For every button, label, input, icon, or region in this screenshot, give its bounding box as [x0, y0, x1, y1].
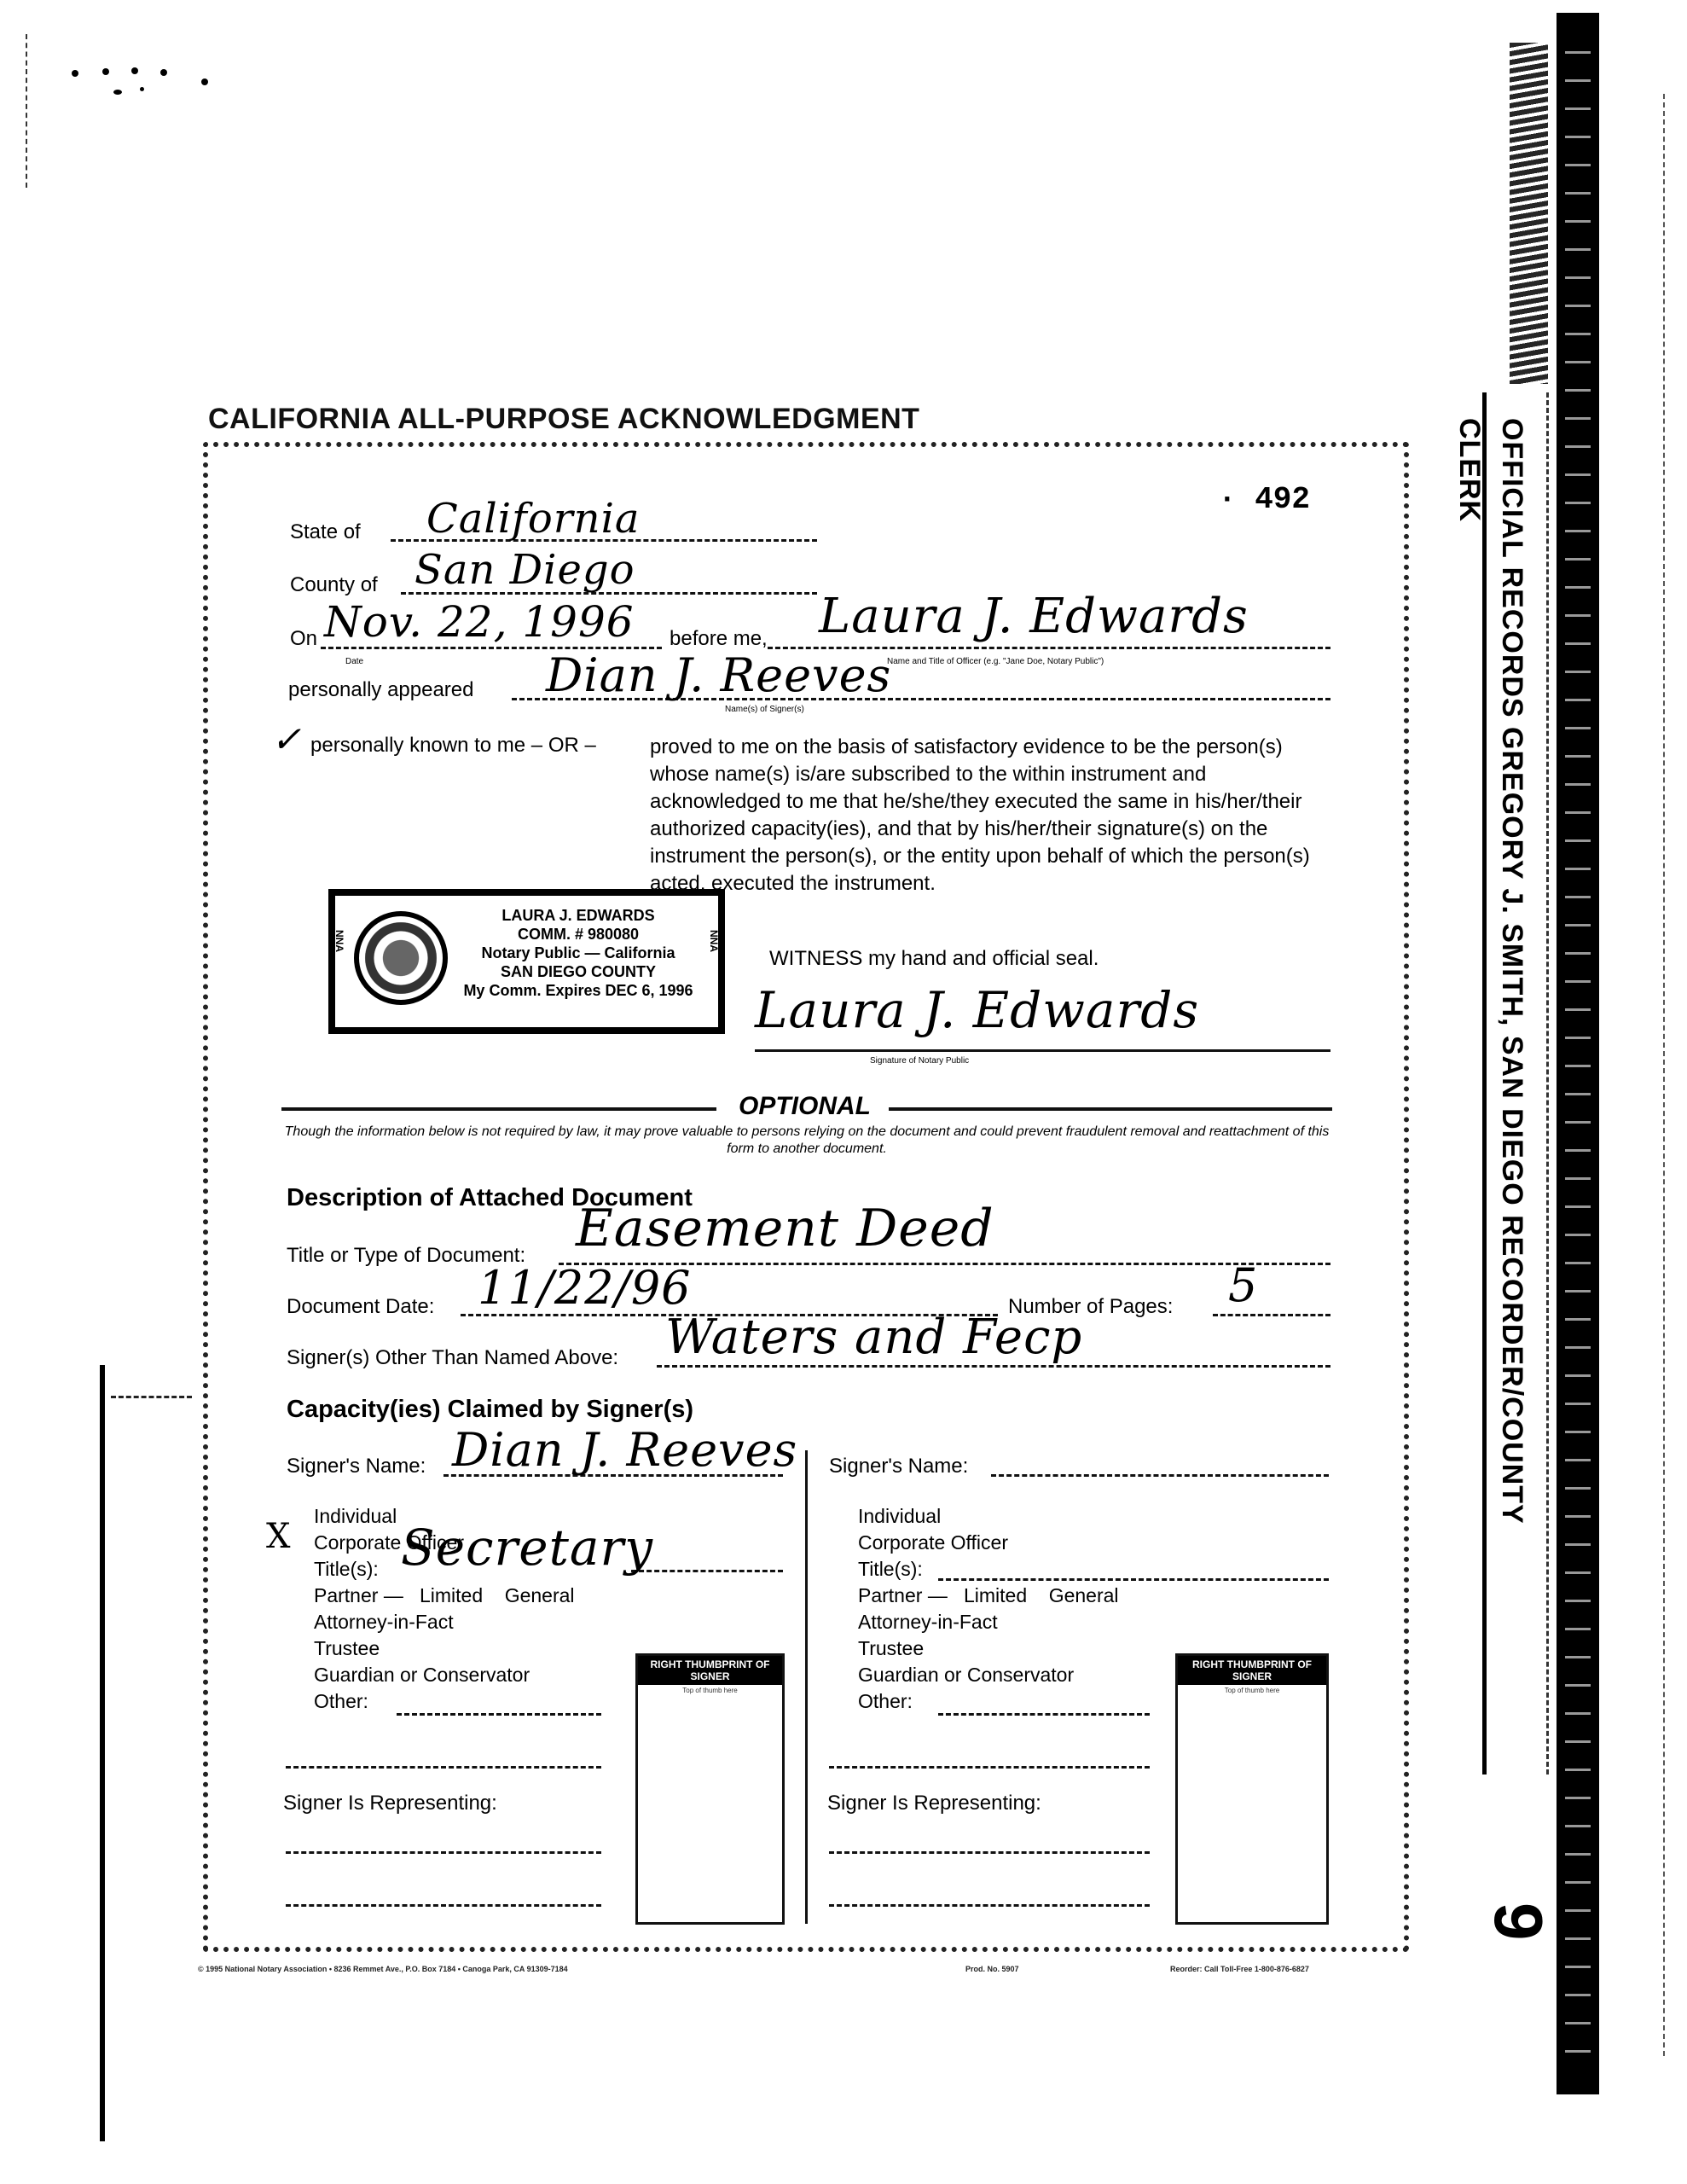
stamp-text: LAURA J. EDWARDS COMM. # 980080 Notary P… — [450, 906, 706, 1000]
on-label: On — [290, 627, 317, 651]
capacity-trustee[interactable]: Trustee — [858, 1635, 1119, 1662]
signer1-other-line — [397, 1713, 601, 1716]
signer2-thumbprint-box: RIGHT THUMBPRINT OF SIGNER Top of thumb … — [1175, 1653, 1329, 1925]
known-checkbox[interactable]: ✓ — [271, 718, 302, 760]
signer1-other-line2 — [286, 1766, 601, 1769]
other-signers-label: Signer(s) Other Than Named Above: — [287, 1346, 618, 1370]
stamp-line: My Comm. Expires DEC 6, 1996 — [450, 981, 706, 1000]
signer2-representing-line — [829, 1851, 1150, 1854]
stamp-line: Notary Public — California — [450, 944, 706, 962]
capacity-heading: Capacity(ies) Claimed by Signer(s) — [287, 1396, 693, 1424]
footer-product-number: Prod. No. 5907 — [965, 1965, 1019, 1973]
thumbprint-sub: Top of thumb here — [638, 1687, 782, 1694]
signer1-representing-line2 — [286, 1904, 601, 1907]
stamp-line: COMM. # 980080 — [450, 925, 706, 944]
notary-signature[interactable]: Laura J. Edwards — [755, 981, 1199, 1039]
signer1-representing-line — [286, 1851, 601, 1854]
signer1-name-field[interactable]: Dian J. Reeves — [452, 1423, 797, 1477]
scan-edge-line — [26, 34, 29, 188]
capacity-partner[interactable]: Partner — Limited General — [314, 1583, 575, 1609]
known-text: personally known to me – OR – — [310, 734, 596, 757]
scan-speck — [201, 78, 208, 85]
scan-speck — [72, 70, 78, 77]
capacity-corporate-officer[interactable]: Corporate Officer — [858, 1530, 1119, 1556]
scan-edge-bar — [100, 1365, 105, 2141]
signer2-title-line — [938, 1578, 1329, 1581]
state-label: State of — [290, 520, 361, 544]
capacity-attorney[interactable]: Attorney-in-Fact — [314, 1609, 575, 1635]
signer2-name-label: Signer's Name: — [829, 1455, 968, 1478]
proved-text: proved to me on the basis of satisfactor… — [650, 735, 1310, 895]
stamp-side-label: NNA — [708, 930, 720, 952]
capacity-attorney[interactable]: Attorney-in-Fact — [858, 1609, 1119, 1635]
scan-edge-line — [1663, 94, 1667, 2056]
scan-speck — [140, 87, 144, 91]
recorder-stamp-text: OFFICIAL RECORDS GREGORY J. SMITH, SAN D… — [1491, 418, 1533, 1553]
capacity-individual[interactable]: Individual — [858, 1503, 1119, 1530]
other-signers-field[interactable]: Waters and Fecp — [665, 1310, 1082, 1365]
stamp-side-label: NNA — [333, 930, 345, 952]
signer2-other-line — [938, 1713, 1150, 1716]
signer1-representing-label: Signer Is Representing: — [283, 1792, 497, 1815]
scan-speck — [102, 68, 109, 75]
optional-title: OPTIONAL — [739, 1092, 871, 1121]
signer2-name-line — [991, 1474, 1329, 1477]
county-field[interactable]: San Diego — [415, 546, 635, 594]
capacity-partner[interactable]: Partner — Limited General — [858, 1583, 1119, 1609]
doc-date-field[interactable]: 11/22/96 — [478, 1261, 692, 1315]
before-me-label: before me, — [670, 627, 768, 651]
signer-field[interactable]: Dian J. Reeves — [546, 648, 891, 702]
signer1-title-line — [631, 1570, 783, 1572]
capacity-other[interactable]: Other: — [858, 1688, 1119, 1715]
signer2-other-line2 — [829, 1766, 1150, 1769]
stamp-line: LAURA J. EDWARDS — [450, 906, 706, 925]
scan-dash — [111, 1396, 192, 1398]
capacity-guardian[interactable]: Guardian or Conservator — [858, 1662, 1119, 1688]
capacity-guardian[interactable]: Guardian or Conservator — [314, 1662, 575, 1688]
doc-title-field[interactable]: Easement Deed — [576, 1199, 994, 1258]
capacity-trustee[interactable]: Trustee — [314, 1635, 575, 1662]
scan-noise — [1565, 26, 1591, 2073]
other-signers-line — [657, 1365, 1330, 1368]
optional-rule — [889, 1107, 1332, 1111]
scan-speck — [131, 67, 138, 74]
state-seal-icon — [354, 911, 448, 1005]
thumbprint-label: RIGHT THUMBPRINT OF SIGNER — [638, 1656, 782, 1685]
notary-signature-line — [755, 1049, 1330, 1052]
officer-caption: Name and Title of Officer (e.g. "Jane Do… — [887, 657, 1104, 666]
capacity-other[interactable]: Other: — [314, 1688, 575, 1715]
notary-stamp: LAURA J. EDWARDS COMM. # 980080 Notary P… — [328, 889, 725, 1034]
appeared-label: personally appeared — [288, 678, 474, 702]
column-divider — [805, 1450, 808, 1924]
signer1-thumbprint-box: RIGHT THUMBPRINT OF SIGNER Top of thumb … — [635, 1653, 785, 1925]
signer2-representing-line2 — [829, 1904, 1150, 1907]
scan-speck — [160, 69, 167, 76]
state-field[interactable]: California — [426, 495, 641, 543]
optional-note: Though the information below is not requ… — [281, 1124, 1332, 1158]
footer-reorder: Reorder: Call Toll-Free 1-800-876-6827 — [1170, 1965, 1309, 1973]
doc-date-label: Document Date: — [287, 1295, 434, 1319]
signer2-capacity-list: Individual Corporate Officer Title(s): P… — [858, 1503, 1119, 1715]
signer1-name-label: Signer's Name: — [287, 1455, 426, 1478]
document-number: · 492 — [1218, 482, 1310, 517]
scan-speck — [113, 90, 122, 95]
signer1-corporate-checkbox[interactable]: X — [266, 1517, 291, 1556]
date-caption: Date — [345, 657, 363, 666]
optional-rule — [281, 1107, 716, 1111]
known-label: personally known to me – OR – — [310, 734, 596, 758]
witness-text: WITNESS my hand and official seal. — [769, 947, 1099, 971]
signer1-title-field[interactable]: Secretary — [401, 1519, 653, 1577]
officer-field[interactable]: Laura J. Edwards — [819, 589, 1249, 644]
date-field[interactable]: Nov. 22, 1996 — [324, 597, 635, 647]
signer2-representing-label: Signer Is Representing: — [827, 1792, 1041, 1815]
notary-sig-caption: Signature of Notary Public — [870, 1056, 969, 1066]
stamp-line: SAN DIEGO COUNTY — [450, 962, 706, 981]
form-title: CALIFORNIA ALL-PURPOSE ACKNOWLEDGMENT — [208, 403, 919, 436]
footer-publisher: © 1995 National Notary Association • 823… — [198, 1965, 568, 1973]
thumbprint-sub: Top of thumb here — [1178, 1687, 1326, 1694]
recorder-ink-smear — [1510, 43, 1548, 384]
recorder-stamp-mark: 9 — [1488, 1902, 1548, 2090]
signer-caption: Name(s) of Signer(s) — [725, 705, 804, 714]
county-label: County of — [290, 573, 378, 597]
proved-paragraph: proved to me on the basis of satisfactor… — [650, 734, 1341, 897]
num-pages-line — [1213, 1314, 1330, 1316]
num-pages-field[interactable]: 5 — [1228, 1258, 1258, 1312]
thumbprint-label: RIGHT THUMBPRINT OF SIGNER — [1178, 1656, 1326, 1685]
